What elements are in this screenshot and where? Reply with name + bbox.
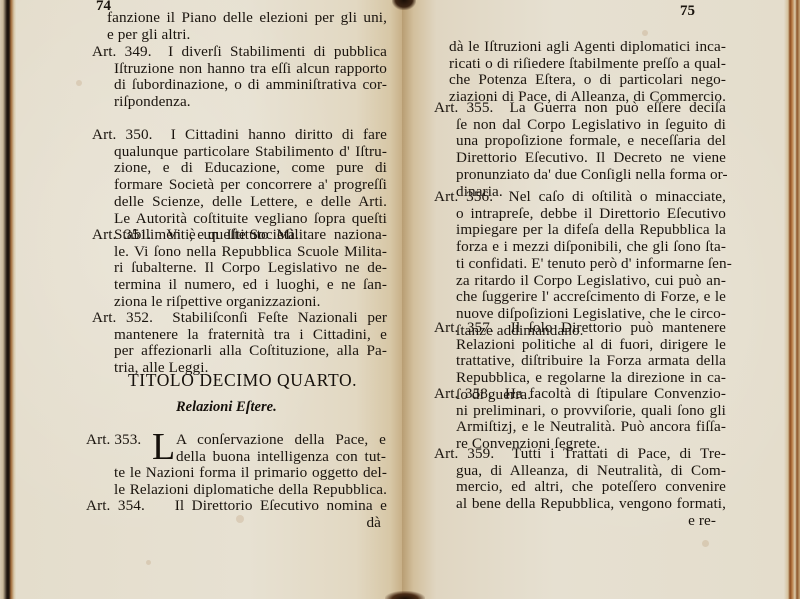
text-line: che ſuggerire l' accreſcimento di Forze,… [434,289,726,306]
right-page: 75 dà le Iſtruzioni agli Agenti diplomat… [402,0,784,599]
section-subtitle: Relazioni Eſtere. [176,399,277,416]
spine-shadow-bottom [385,591,425,599]
article-number: Art. 359. [434,445,494,462]
text-line: te le Nazioni forma il primario oggetto … [114,465,387,482]
text-line: forza e i mezzi diſponibili, che gli ſon… [434,239,726,256]
text-line: fanzione il Piano delle elezioni per gli… [107,10,387,27]
text-line: qualunque particolare Stabilimento d' Iſ… [92,144,387,161]
article-351: Art. 351. Vi è un Iſtituto Militare nazi… [92,227,387,311]
text-line: ti confidati. E' tenuto però d' informar… [434,256,726,273]
text-line: za ritardo il Corpo Legislativo, cui può… [434,273,726,290]
text-line: mercio, ed altri, che poteſſero convenir… [434,479,726,496]
text-fragment: I diverſi Stabilimenti di pubblica [168,43,387,60]
text-line: per affezionarli alla Coſtituzione, alla… [92,343,387,360]
text-line: formare Società per concorrere a' progre… [92,177,387,194]
text-line: mantenere la fraternità tra i Cittadini,… [92,327,387,344]
article-number: Art. 353. [86,432,156,449]
text-line: e per gli altri. [107,27,387,44]
text-line: Art. 354. Il Direttorio Eſecutivo nomina… [86,498,387,515]
article-number: Art. 354. [86,497,145,514]
text-fragment: Il ſolo Direttorio può mantenere [511,319,726,336]
text-line: di ſubordinazione, o di amminiſtrativa c… [92,77,387,94]
article-number: Art. 351. [92,226,151,243]
text-line: riſpondenza. [92,94,387,111]
text-line: dà le Iſtruzioni agli Agenti diplomatici… [449,39,726,56]
text-line: Le Autorità coſtituite vegliano ſopra qu… [92,211,387,228]
right-intro-text: dà le Iſtruzioni agli Agenti diplomatici… [449,39,726,106]
text-line: A conſervazione della Pace, e [176,432,386,449]
article-353-head: A conſervazione della Pace, e della buon… [176,432,386,465]
text-line: Art. 359. Tutti i Trattati di Pace, di T… [434,446,726,463]
article-353-body: te le Nazioni forma il primario oggetto … [114,465,387,498]
text-line: le. Vi ſono nella Repubblica Scuole Mili… [92,244,387,261]
text-line: Art. 349. I diverſi Stabilimenti di pubb… [92,44,387,61]
text-line: Art. 357. Il ſolo Direttorio può mantene… [434,320,726,337]
article-354: Art. 354. Il Direttorio Eſecutivo nomina… [86,498,387,531]
article-number: Art. 352. [92,309,153,326]
article-number: Art. 349. [92,43,152,60]
text-fragment: Nel caſo di oſtilità o minacciate, [509,188,726,205]
text-line: della buona intelligenza con tut- [176,449,386,466]
left-intro-text: fanzione il Piano delle elezioni per gli… [107,10,387,43]
text-line: ni preliminari, o provviſorie, quali ſon… [434,403,726,420]
section-title: TITOLO DECIMO QUARTO. [128,370,357,391]
text-line: una propoſizione formale, e neceſſaria d… [434,133,726,150]
left-page-edges [0,0,16,599]
text-line: Art. 358. Ha facoltà di ſtipulare Conven… [434,386,726,403]
article-349: Art. 349. I diverſi Stabilimenti di pubb… [92,44,387,111]
foxing-spot [642,30,648,36]
text-line: Art. 350. I Cittadini hanno diritto di f… [92,127,387,144]
article-number: Art. 355. [434,99,493,116]
text-line: ricati o di riſiedere ſtabilmente preſſo… [449,56,726,73]
book-spread: 74 fanzione il Piano delle elezioni per … [0,0,800,599]
text-line: Iſtruzione non hanno tra eſſi alcun rapp… [92,61,387,78]
text-fragment: Stabiliſconſi Feſte Nazionali per [172,309,387,326]
catchword: e re- [434,513,726,530]
text-fragment: Il Direttorio Eſecutivo nomina e [175,497,387,514]
text-line: Art. 355. La Guerra non può eſſere deciſ… [434,100,726,117]
text-line: pronunziato da' due Conſigli nella forma… [434,167,726,184]
right-page-edges [784,0,800,599]
foxing-spot [76,80,82,86]
article-355: Art. 355. La Guerra non può eſſere deciſ… [434,100,726,200]
text-line: termina il numero, ed i luoghi, e ne ſan… [92,277,387,294]
text-line: al bene della Repubblica, vengono format… [434,496,726,513]
text-line: Direttorio Eſecutivo. Il Decreto ne vien… [434,150,726,167]
text-line: Art. 352. Stabiliſconſi Feſte Nazionali … [92,310,387,327]
text-fragment: Tutti i Trattati di Pace, di Tre- [512,445,726,462]
text-fragment: La Guerra non può eſſere deciſa [510,99,726,116]
text-line: che Potenza Eſtera, o di particolari neg… [449,72,726,89]
text-fragment: I Cittadini hanno diritto di fare [171,126,387,143]
article-number: Art. 350. [92,126,153,143]
text-fragment: Vi è un Iſtituto Militare naziona- [167,226,387,243]
text-line: Armiſtizj, e le Neutralità. Può ancora f… [434,419,726,436]
text-line: Relazioni politiche al di fuori, diriger… [434,337,726,354]
article-356: Art. 356. Nel caſo di oſtilità o minacci… [434,189,726,339]
text-line: delle Scienze, delle Lettere, e delle Ar… [92,194,387,211]
text-line: trattative, diſtribuire la Forza armata … [434,353,726,370]
spine-shadow-top [392,0,416,10]
left-page: 74 fanzione il Piano delle elezioni per … [16,0,402,599]
article-359: Art. 359. Tutti i Trattati di Pace, di T… [434,446,726,530]
catchword: dà [86,515,387,532]
text-line: ri ſubalterne. Il Corpo Legislativo ne d… [92,260,387,277]
foxing-spot [146,560,151,565]
text-line: Art. 351. Vi è un Iſtituto Militare nazi… [92,227,387,244]
text-line: ſe non dal Corpo Legislativo in ſeguito … [434,117,726,134]
text-line: zione, e di Educazione, come pure di [92,160,387,177]
article-number: Art. 357. [434,319,494,336]
text-line: le Relazioni diplomatiche della Repubbli… [114,482,387,499]
text-line: ziona le riſpettive organizzazioni. [92,294,387,311]
article-number: Art. 358. [434,385,492,402]
text-fragment: Ha facoltà di ſtipulare Convenzio- [505,385,726,402]
page-number-right: 75 [680,3,695,20]
foxing-spot [702,540,709,547]
article-353-number: Art. 353. [86,432,156,449]
article-358: Art. 358. Ha facoltà di ſtipulare Conven… [434,386,726,453]
article-352: Art. 352. Stabiliſconſi Feſte Nazionali … [92,310,387,377]
article-number: Art. 356. [434,188,493,205]
drop-cap: L [152,428,175,466]
text-line: o intrapreſe, debbe il Direttorio Eſecut… [434,206,726,223]
text-line: impiegare per la difeſa della Repubblica… [434,222,726,239]
text-line: gua, di Alleanza, di Neutralità, di Com- [434,463,726,480]
text-line: Art. 356. Nel caſo di oſtilità o minacci… [434,189,726,206]
